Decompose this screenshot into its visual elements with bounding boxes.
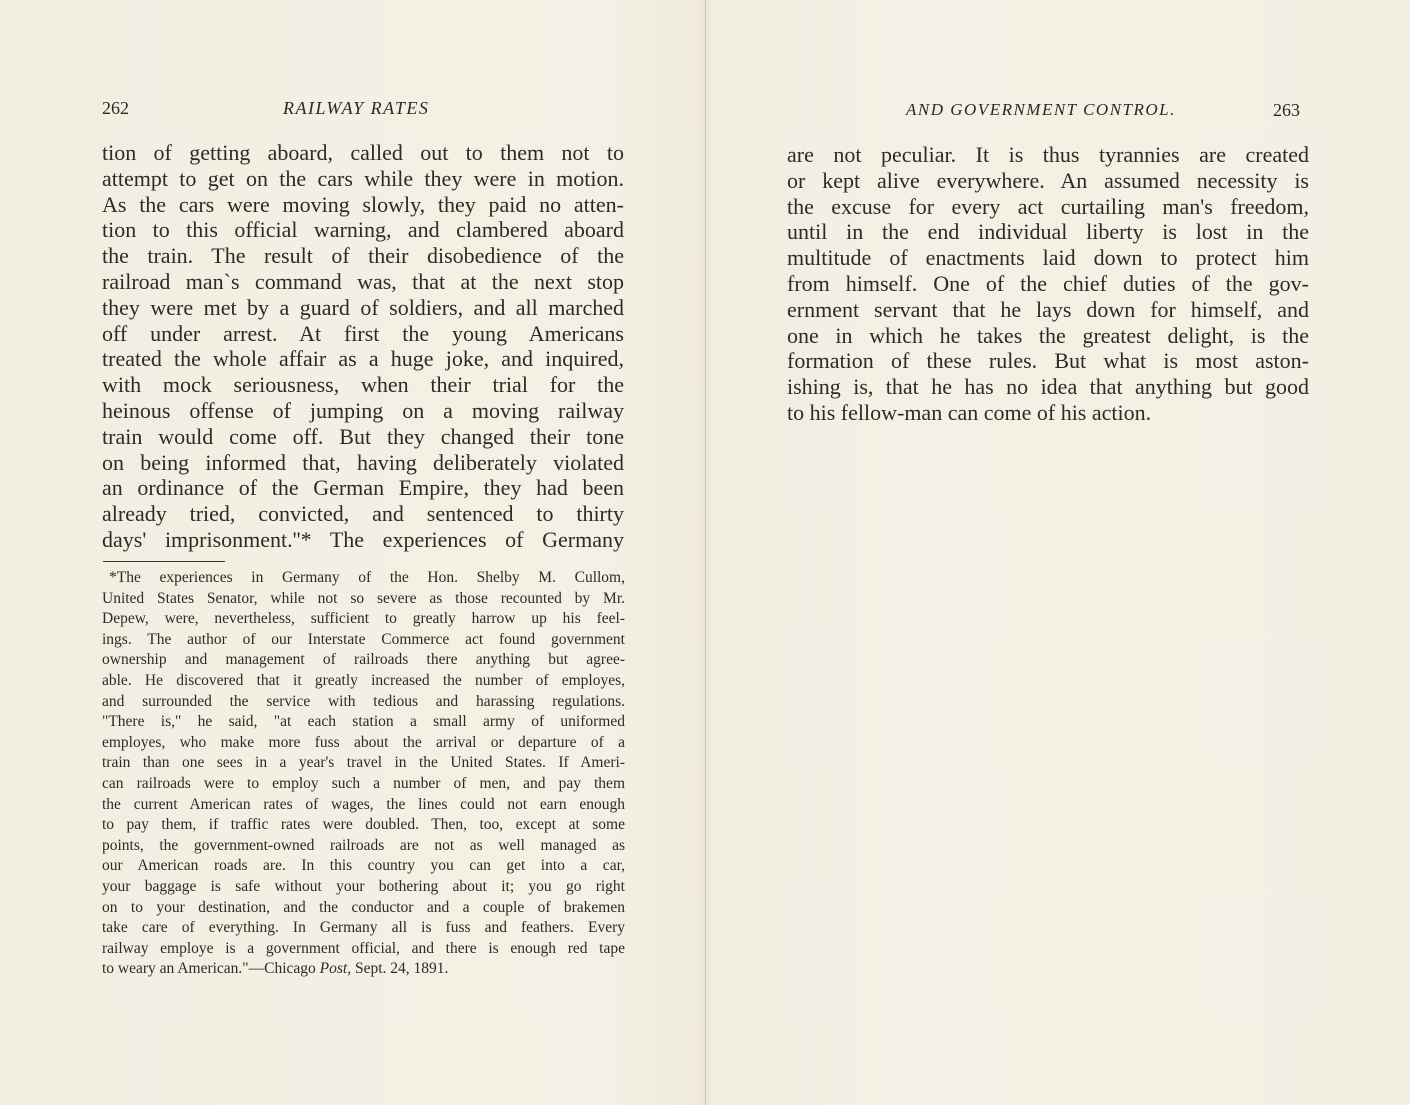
text-line: to his fellow-man can come of his action…	[787, 400, 1309, 426]
footnote-line: can railroads were to employ such a numb…	[102, 774, 625, 795]
text-line: train would come off. But they changed t…	[102, 424, 624, 450]
text-line: already tried, convicted, and sentenced …	[102, 501, 624, 527]
footnote-line: and surrounded the service with tedious …	[102, 692, 625, 713]
text-line: heinous offense of jumping on a moving r…	[102, 398, 624, 424]
text-line: formation of these rules. But what is mo…	[787, 348, 1309, 374]
footnote-line: United States Senator, while not so seve…	[102, 589, 625, 610]
footnote-line: "There is," he said, "at each station a …	[102, 712, 625, 733]
footnote-line: train than one sees in a year's travel i…	[102, 753, 625, 774]
text-line: railroad man`s command was, that at the …	[102, 269, 624, 295]
citation-source-italic: Post,	[320, 960, 351, 977]
text-line: until in the end individual liberty is l…	[787, 219, 1309, 245]
text-line: one in which he takes the greatest delig…	[787, 323, 1309, 349]
citation-date: Sept. 24, 1891.	[351, 960, 448, 977]
footnote-line: employes, who make more fuss about the a…	[102, 733, 625, 754]
citation-text: to weary an American."—Chicago	[102, 960, 320, 977]
text-line: tion of getting aboard, called out to th…	[102, 140, 624, 166]
footnote-citation-line: to weary an American."—Chicago Post, Sep…	[102, 959, 625, 980]
text-line: off under arrest. At first the young Ame…	[102, 321, 624, 347]
text-line: the train. The result of their disobedie…	[102, 243, 624, 269]
text-line: on being informed that, having deliberat…	[102, 450, 624, 476]
text-line: from himself. One of the chief duties of…	[787, 271, 1309, 297]
text-line: ernment servant that he lays down for hi…	[787, 297, 1309, 323]
right-page: AND GOVERNMENT CONTROL. 263 are not pecu…	[706, 0, 1410, 1105]
running-title-right: AND GOVERNMENT CONTROL.	[906, 100, 1176, 120]
footnote-line: ings. The author of our Interstate Comme…	[102, 630, 625, 651]
left-page: 262 RAILWAY RATES tion of getting aboard…	[0, 0, 705, 1105]
text-line: days' imprisonment.''* The experiences o…	[102, 527, 624, 553]
footnote-line: your baggage is safe without your bother…	[102, 877, 625, 898]
footnote-line: take care of everything. In Germany all …	[102, 918, 625, 939]
footnote-line: points, the government-owned railroads a…	[102, 836, 625, 857]
text-line: multitude of enactments laid down to pro…	[787, 245, 1309, 271]
text-line: the excuse for every act curtailing man'…	[787, 194, 1309, 220]
text-line: attempt to get on the cars while they we…	[102, 166, 624, 192]
text-line: are not peculiar. It is thus tyrannies a…	[787, 142, 1309, 168]
text-line: an ordinance of the German Empire, they …	[102, 475, 624, 501]
footnote-line: railway employe is a government official…	[102, 939, 625, 960]
book-spread: 262 RAILWAY RATES tion of getting aboard…	[0, 0, 1410, 1105]
footnote-line: the current American rates of wages, the…	[102, 795, 625, 816]
footnote-line: ownership and management of railroads th…	[102, 650, 625, 671]
text-line: ishing is, that he has no idea that anyt…	[787, 374, 1309, 400]
text-line: or kept alive everywhere. An assumed nec…	[787, 168, 1309, 194]
text-line: with mock seriousness, when their trial …	[102, 372, 624, 398]
footnote-line: on to your destination, and the conducto…	[102, 898, 625, 919]
body-text-left: tion of getting aboard, called out to th…	[102, 140, 624, 553]
text-line: they were met by a guard of soldiers, an…	[102, 295, 624, 321]
footnote-line: able. He discovered that it greatly incr…	[102, 671, 625, 692]
page-number-right: 263	[1273, 100, 1300, 121]
footnote: *The experiences in Germany of the Hon. …	[102, 568, 625, 980]
footnote-line: *The experiences in Germany of the Hon. …	[102, 568, 625, 589]
text-line: As the cars were moving slowly, they pai…	[102, 192, 624, 218]
text-line: treated the whole affair as a huge joke,…	[102, 346, 624, 372]
body-text-right: are not peculiar. It is thus tyrannies a…	[787, 142, 1309, 426]
running-title-left: RAILWAY RATES	[283, 98, 429, 119]
text-line: tion to this official warning, and clamb…	[102, 217, 624, 243]
page-number-left: 262	[102, 98, 129, 119]
footnote-line: to pay them, if traffic rates were doubl…	[102, 815, 625, 836]
footnote-rule	[103, 561, 225, 562]
footnote-line: our American roads are. In this country …	[102, 856, 625, 877]
footnote-line: Depew, were, nevertheless, sufficient to…	[102, 609, 625, 630]
